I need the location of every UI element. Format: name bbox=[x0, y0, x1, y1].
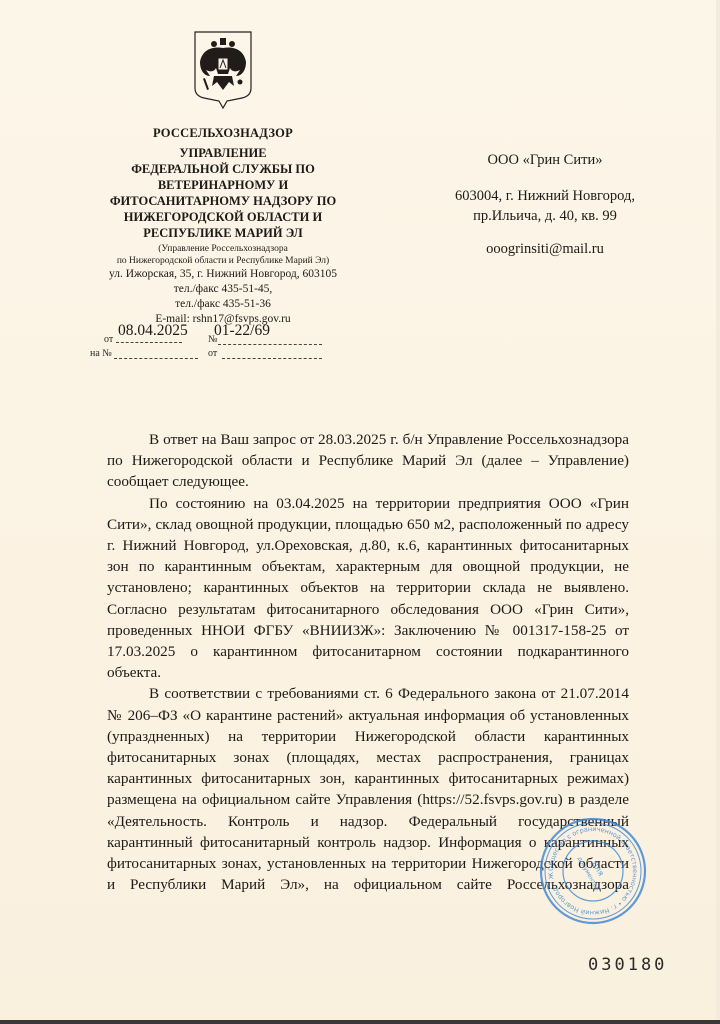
scan-bottom-edge bbox=[0, 1020, 720, 1024]
ref-number-label: на № bbox=[90, 348, 112, 359]
short-name-line: (Управление Россельхознадзора bbox=[88, 243, 358, 255]
department-line: РЕСПУБЛИКЕ МАРИЙ ЭЛ bbox=[88, 225, 358, 241]
ref-number-underline bbox=[114, 358, 198, 359]
department-short-name: (Управление Россельхознадзора по Нижегор… bbox=[88, 243, 358, 267]
company-seal-stamp-icon: Общество с ограниченной ответственностью… bbox=[538, 816, 648, 926]
sender-address: ул. Ижорская, 35, г. Нижний Новгород, 60… bbox=[88, 267, 358, 282]
sender-phone-2: тел./факс 435-51-36 bbox=[88, 297, 358, 312]
document-serial-number: 030180 bbox=[588, 955, 667, 975]
coat-of-arms-icon bbox=[192, 30, 254, 110]
recipient-email: ooogrinsiti@mail.ru bbox=[430, 242, 660, 257]
body-paragraph: По состоянию на 03.04.2025 на территории… bbox=[107, 493, 629, 684]
document-page: РОССЕЛЬХОЗНАДЗОР УПРАВЛЕНИЕ ФЕДЕРАЛЬНОЙ … bbox=[0, 0, 720, 1024]
agency-name: РОССЕЛЬХОЗНАДЗОР bbox=[88, 125, 358, 141]
department-line: НИЖЕГОРОДСКОЙ ОБЛАСТИ И bbox=[88, 209, 358, 225]
recipient-block: ООО «Грин Сити» 603004, г. Нижний Новгор… bbox=[430, 150, 660, 257]
ref-date-underline bbox=[222, 358, 322, 359]
letter-date: 08.04.2025 bbox=[118, 322, 188, 340]
date-underline bbox=[116, 342, 182, 343]
short-name-line: по Нижегородской области и Республике Ма… bbox=[88, 255, 358, 267]
date-from-label: от bbox=[104, 334, 113, 345]
recipient-address-line1: 603004, г. Нижний Новгород, bbox=[430, 186, 660, 206]
department-line: ФЕДЕРАЛЬНОЙ СЛУЖБЫ ПО bbox=[88, 161, 358, 177]
letter-number: 01-22/69 bbox=[214, 322, 270, 340]
registration-fields: от 08.04.2025 № 01-22/69 на № от bbox=[90, 322, 330, 362]
body-paragraph: В ответ на Ваш запрос от 28.03.2025 г. б… bbox=[107, 429, 629, 493]
recipient-org: ООО «Грин Сити» bbox=[430, 150, 660, 170]
department-line: ФИТОСАНИТАРНОМУ НАДЗОРУ ПО bbox=[88, 193, 358, 209]
recipient-address-line2: пр.Ильича, д. 40, кв. 99 bbox=[430, 206, 660, 226]
department-line: УПРАВЛЕНИЕ bbox=[88, 145, 358, 161]
ref-date-label: от bbox=[208, 348, 217, 359]
number-underline bbox=[218, 344, 322, 345]
department-name: УПРАВЛЕНИЕ ФЕДЕРАЛЬНОЙ СЛУЖБЫ ПО ВЕТЕРИН… bbox=[88, 145, 358, 241]
scan-edge bbox=[716, 0, 720, 1024]
sender-phone-1: тел./факс 435-51-45, bbox=[88, 282, 358, 297]
department-line: ВЕТЕРИНАРНОМУ И bbox=[88, 177, 358, 193]
sender-letterhead: РОССЕЛЬХОЗНАДЗОР УПРАВЛЕНИЕ ФЕДЕРАЛЬНОЙ … bbox=[88, 30, 358, 327]
